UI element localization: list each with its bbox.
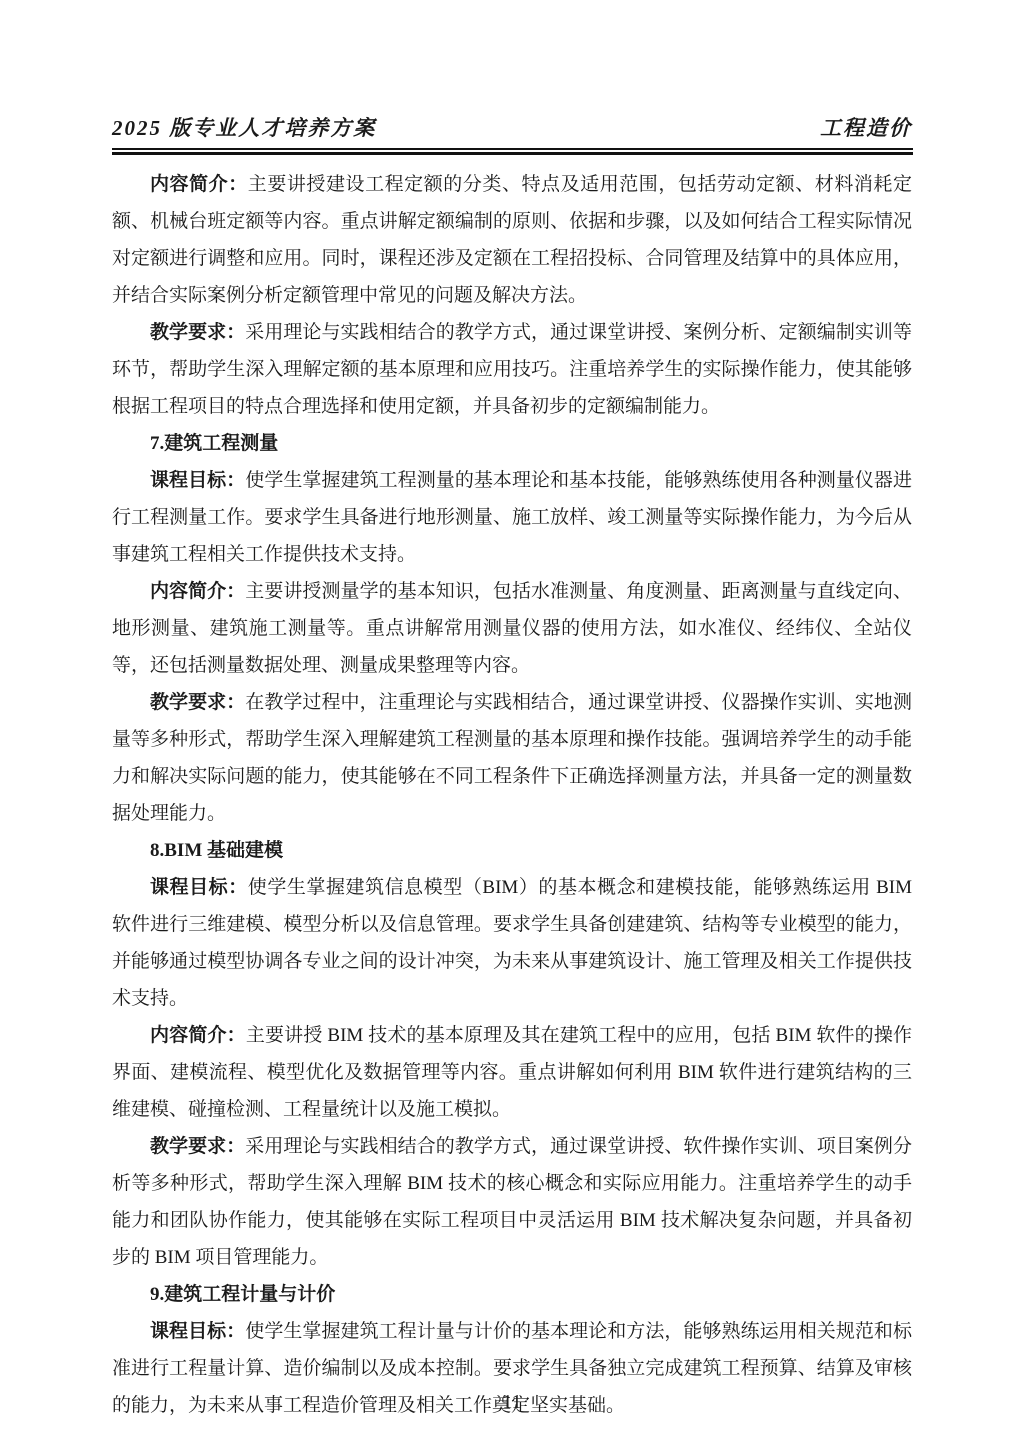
paragraph: 内容简介：主要讲授建设工程定额的分类、特点及适用范围，包括劳动定额、材料消耗定额… [112, 166, 912, 314]
header-right-title: 工程造价 [820, 112, 912, 142]
paragraph-label: 课程目标： [150, 470, 245, 491]
paragraph: 内容简介：主要讲授测量学的基本知识，包括水准测量、角度测量、距离测量与直线定向、… [112, 573, 912, 684]
paragraph: 内容简介：主要讲授 BIM 技术的基本原理及其在建筑工程中的应用，包括 BIM … [112, 1017, 912, 1128]
paragraph-label: 课程目标： [150, 877, 248, 898]
document-page: 2025 版专业人才培养方案 工程造价 内容简介：主要讲授建设工程定额的分类、特… [0, 0, 1024, 1448]
header-divider [112, 148, 913, 155]
section-heading: 8.BIM 基础建模 [112, 832, 912, 869]
paragraph-label: 内容简介： [150, 174, 248, 195]
paragraph: 教学要求：采用理论与实践相结合的教学方式，通过课堂讲授、案例分析、定额编制实训等… [112, 314, 912, 425]
paragraph: 教学要求：在教学过程中，注重理论与实践相结合，通过课堂讲授、仪器操作实训、实地测… [112, 684, 912, 832]
paragraph-label: 教学要求： [150, 1136, 245, 1157]
page-header: 2025 版专业人才培养方案 工程造价 [112, 112, 912, 142]
paragraph: 课程目标：使学生掌握建筑信息模型（BIM）的基本概念和建模技能，能够熟练运用 B… [112, 869, 912, 1017]
paragraph-label: 教学要求： [150, 692, 245, 713]
page-number: 11 [0, 1391, 1024, 1414]
paragraph: 教学要求：采用理论与实践相结合的教学方式，通过课堂讲授、软件操作实训、项目案例分… [112, 1128, 912, 1276]
header-divider-thick-line [112, 152, 913, 155]
content-blocks: 内容简介：主要讲授建设工程定额的分类、特点及适用范围，包括劳动定额、材料消耗定额… [112, 166, 912, 1424]
paragraph-label: 内容简介： [150, 581, 245, 602]
section-heading: 7.建筑工程测量 [112, 425, 912, 462]
paragraph: 课程目标：使学生掌握建筑工程测量的基本理论和基本技能，能够熟练使用各种测量仪器进… [112, 462, 912, 573]
paragraph-label: 教学要求： [150, 322, 245, 343]
header-left-title: 2025 版专业人才培养方案 [112, 112, 376, 142]
paragraph-label: 课程目标： [150, 1321, 245, 1342]
paragraph-label: 内容简介： [150, 1025, 246, 1046]
section-heading: 9.建筑工程计量与计价 [112, 1276, 912, 1313]
